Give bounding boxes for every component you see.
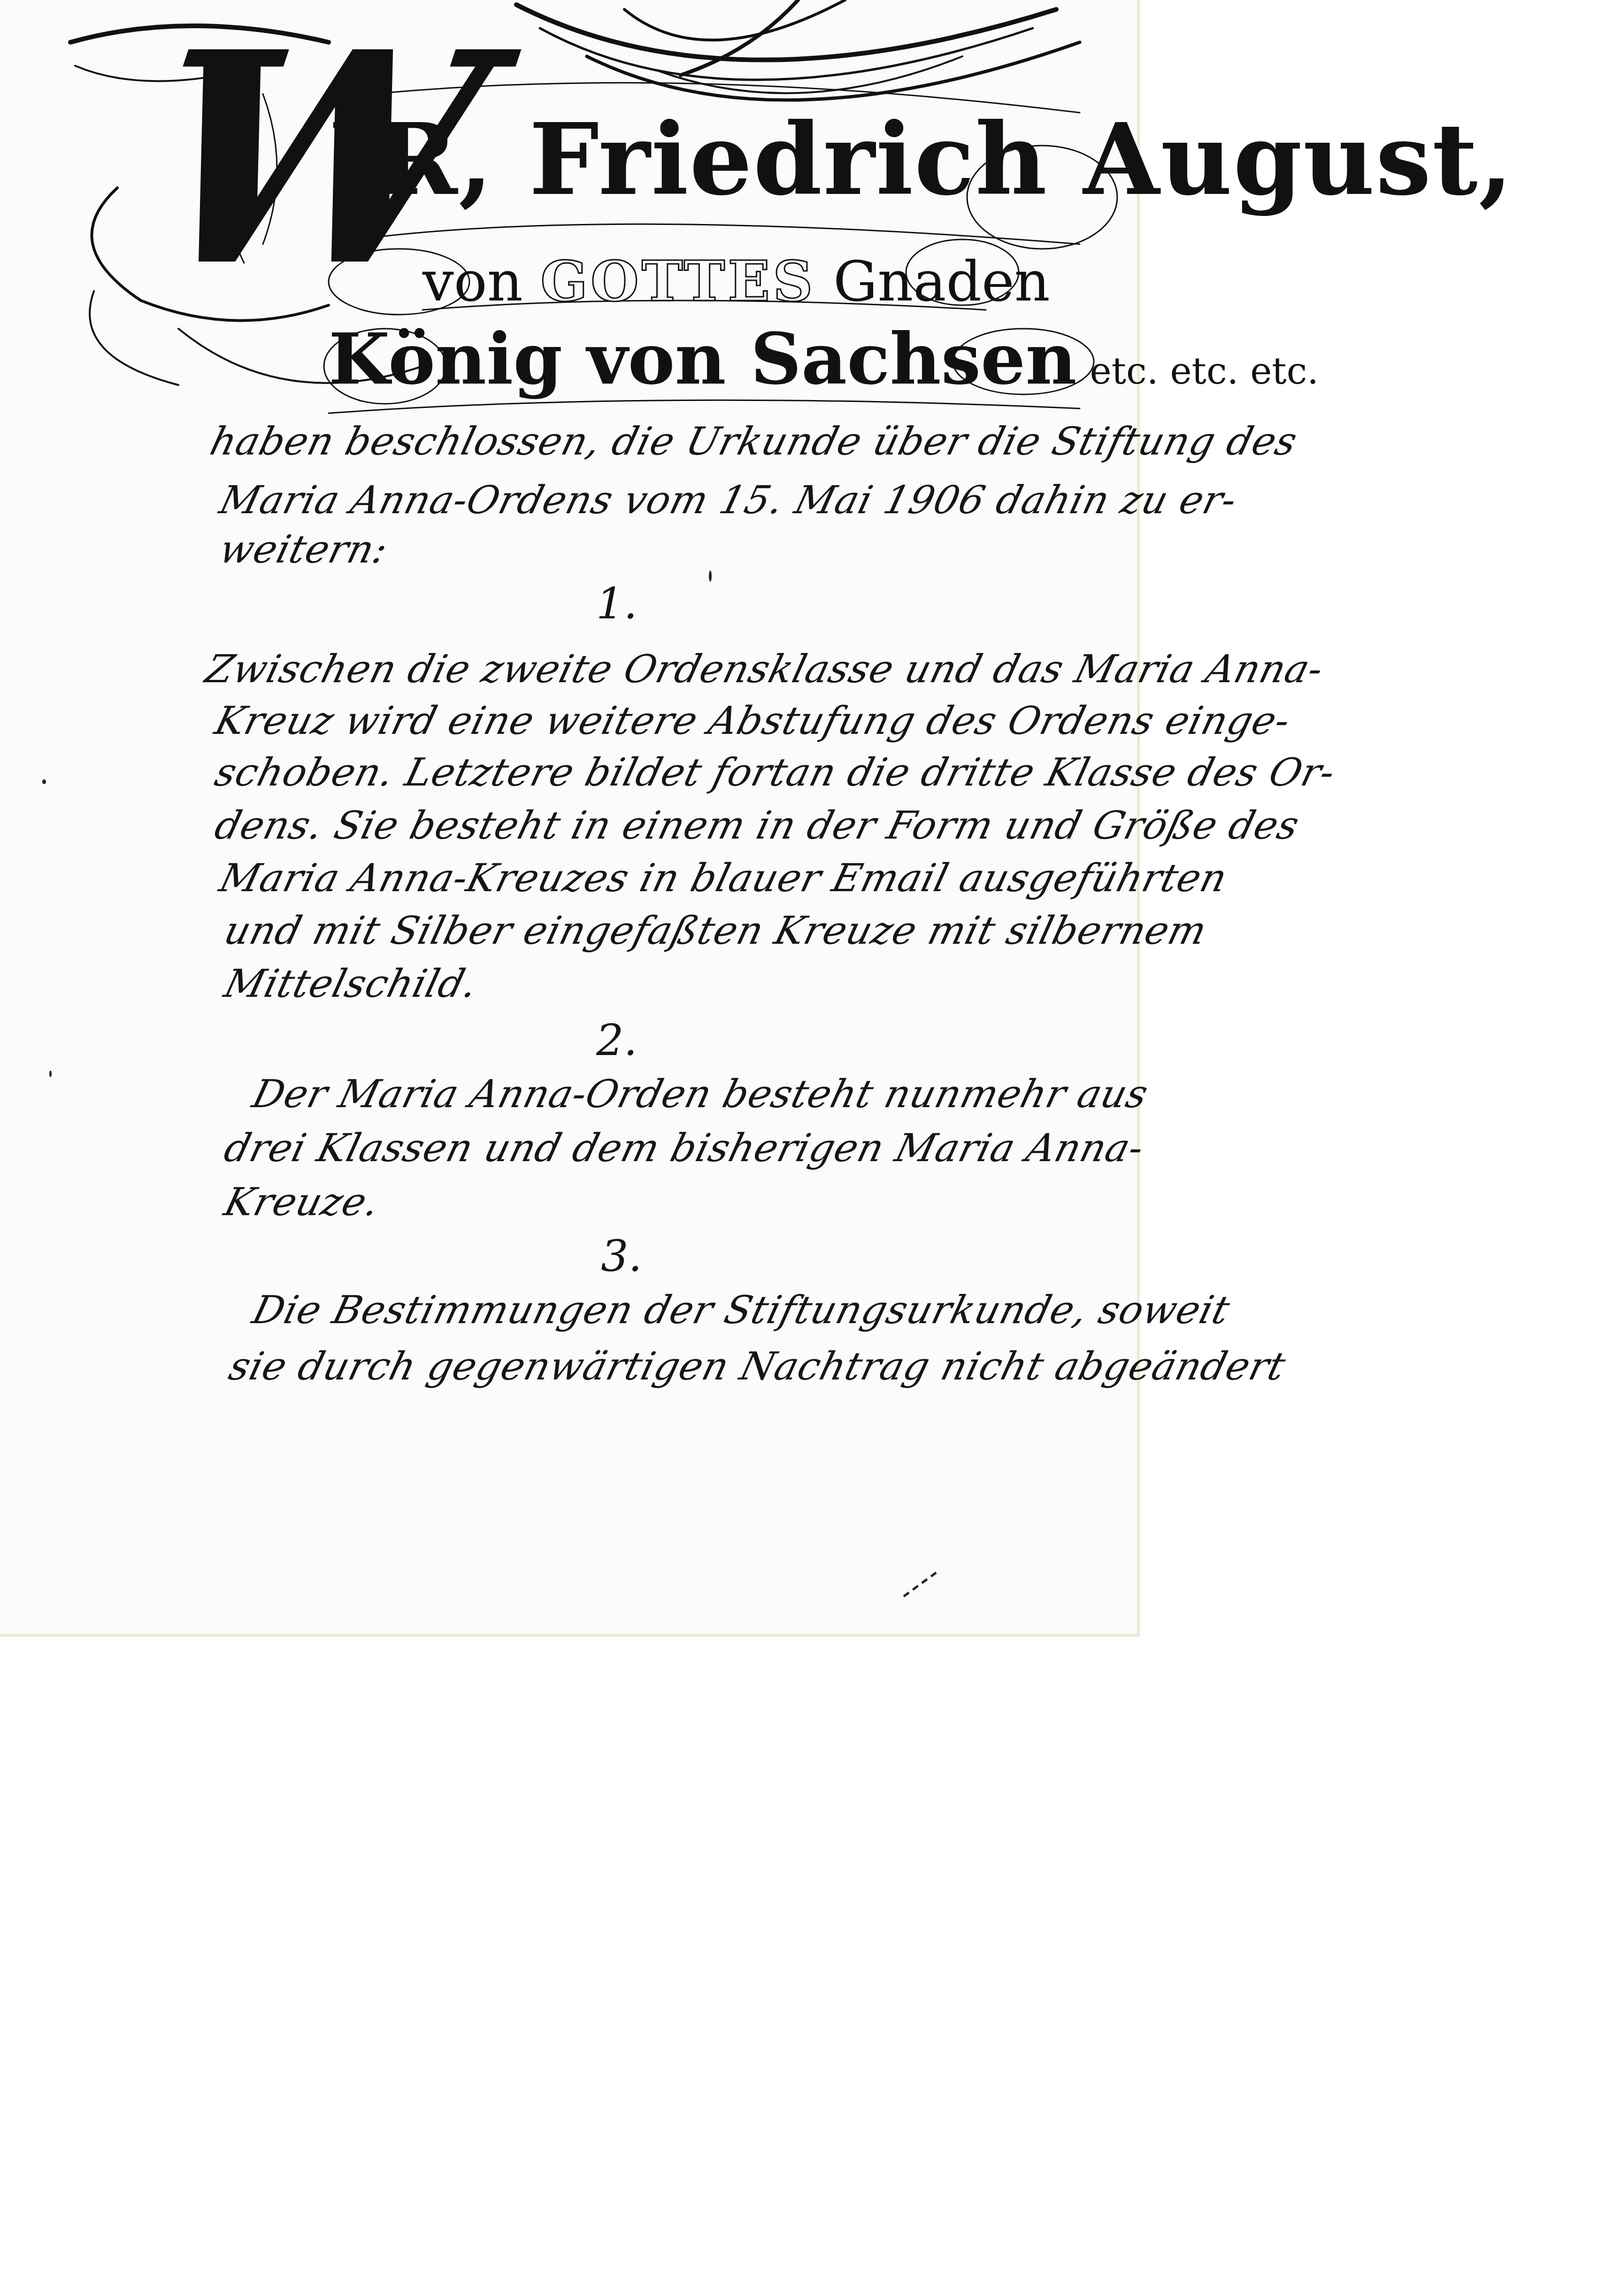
section-number: 3. xyxy=(601,1235,642,1278)
section-line: drei Klassen und dem bisherigen Maria An… xyxy=(221,1129,1148,1168)
section-number: 1. xyxy=(596,582,638,625)
grace-line: von GOTTES Gnaden xyxy=(422,254,1050,309)
section-line: schoben. Letztere bildet fortan die drit… xyxy=(211,754,1339,792)
ink-speck xyxy=(49,1071,52,1077)
section-line: Kreuze. xyxy=(221,1183,384,1222)
ink-speck xyxy=(42,779,46,784)
section-line: und mit Silber eingefaßten Kreuze mit si… xyxy=(221,912,1211,950)
section-line: Der Maria Anna-Orden besteht nunmehr aus xyxy=(249,1075,1152,1114)
section-number: 2. xyxy=(596,1019,638,1062)
grace-caps: GOTTES xyxy=(540,248,815,314)
grace-prefix: von xyxy=(422,249,523,314)
section-line: Maria Anna-Kreuzes in blauer Email ausge… xyxy=(216,859,1231,898)
preamble-line: Maria Anna-Ordens vom 15. Mai 1906 dahin… xyxy=(216,481,1241,520)
preamble-line: weitern: xyxy=(216,531,392,569)
etc-text: etc. etc. etc. xyxy=(1090,350,1319,393)
section-line: Kreuz wird eine weitere Abstufung des Or… xyxy=(211,702,1294,740)
royal-title: König von Sachsenetc. etc. etc. xyxy=(329,324,1319,394)
section-line: sie durch gegenwärtigen Nachtrag nicht a… xyxy=(225,1348,1290,1386)
section-line: Die Bestimmungen der Stiftungsurkunde, s… xyxy=(249,1291,1234,1330)
section-line: Zwischen die zweite Ordensklasse und das… xyxy=(202,650,1327,689)
pencil-mark xyxy=(892,1564,948,1601)
section-line: Mittelschild. xyxy=(221,965,482,1003)
royal-heading: W IR, Friedrich August, von GOTTES Gnade… xyxy=(0,0,1140,423)
grace-suffix: Gnaden xyxy=(833,249,1050,314)
title-text: König von Sachsen xyxy=(329,318,1077,401)
preamble-line: haben beschlossen, die Urkunde über die … xyxy=(207,423,1301,461)
ink-speck xyxy=(709,570,712,582)
document-page: W IR, Friedrich August, von GOTTES Gnade… xyxy=(0,0,1140,1637)
king-name: IR, Friedrich August, xyxy=(329,110,1514,209)
section-line: dens. Sie besteht in einem in der Form u… xyxy=(211,807,1303,845)
